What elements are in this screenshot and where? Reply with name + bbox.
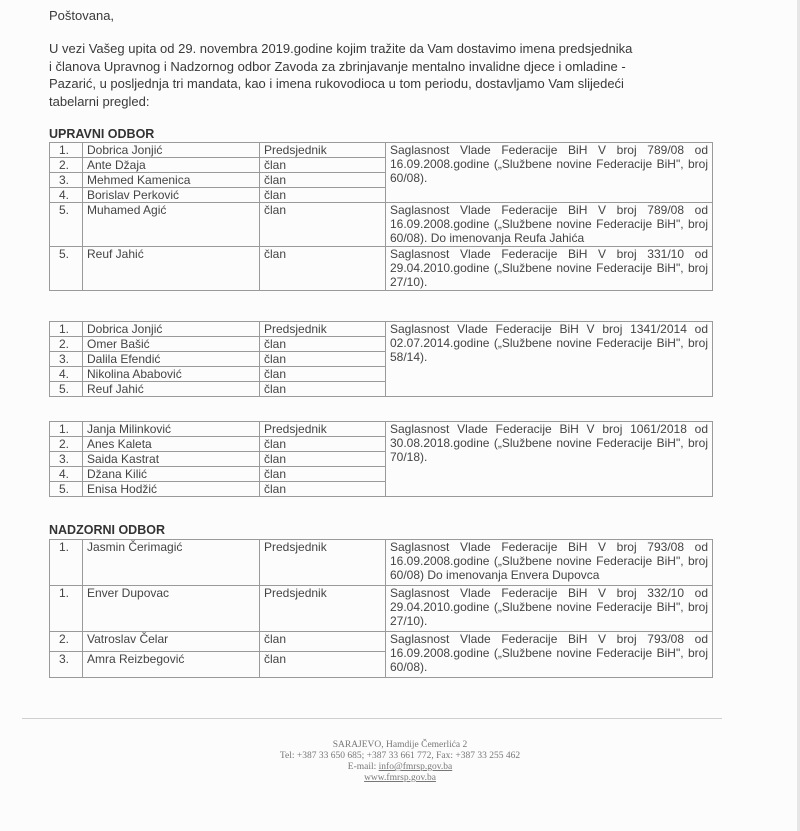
member-name: Omer Bašić [83,337,260,352]
footer-email-line: E-mail: info@fmrsp.gov.ba [0,762,800,773]
table-row: 2. Vatroslav Čelar član Saglasnost Vlade… [50,632,713,652]
member-name: Anes Kaleta [83,437,260,452]
document-page: Poštovana, U vezi Vašeg upita od 29. nov… [0,0,800,831]
member-role: član [260,247,386,291]
footer-website-line: www.fmrsp.gov.ba [0,773,800,784]
row-number: 4. [50,367,83,382]
member-role: član [260,367,386,382]
member-role: Predsjednik [260,422,386,437]
table-row: 1. Dobrica Jonjić Predsjednik Saglasnost… [50,322,713,337]
member-name: Dalila Efendić [83,352,260,367]
appointment-note: Saglasnost Vlade Federacije BiH V broj 1… [386,322,713,397]
member-name: Muhamed Agić [83,203,260,247]
row-number: 2. [50,632,83,652]
row-number: 4. [50,467,83,482]
upravni-odbor-mandate-2-table: 1. Dobrica Jonjić Predsjednik Saglasnost… [49,321,713,397]
row-number: 5. [50,203,83,247]
row-number: 1. [50,540,83,586]
member-role: Predsjednik [260,143,386,158]
row-number: 1. [50,322,83,337]
letterhead-footer: SARAJEVO, Hamdije Čemerlića 2 Tel: +387 … [0,740,800,784]
member-role: član [260,158,386,173]
nadzorni-odbor-table: 1. Jasmin Čerimagić Predsjednik Saglasno… [49,539,713,678]
salutation: Poštovana, [49,8,114,23]
website-link[interactable]: www.fmrsp.gov.ba [364,773,436,783]
member-role: član [260,173,386,188]
member-role: član [260,382,386,397]
member-name: Jasmin Čerimagić [83,540,260,586]
appointment-note: Saglasnost Vlade Federacije BiH V broj 7… [386,143,713,203]
row-number: 2. [50,437,83,452]
intro-paragraph: U vezi Vašeg upita od 29. novembra 2019.… [49,40,741,110]
row-number: 2. [50,158,83,173]
member-name: Enver Dupovac [83,586,260,632]
appointment-note: Saglasnost Vlade Federacije BiH V broj 3… [386,247,713,291]
member-role: član [260,632,386,652]
member-name: Dobrica Jonjić [83,143,260,158]
member-role: član [260,452,386,467]
row-number: 2. [50,337,83,352]
member-name: Nikolina Ababović [83,367,260,382]
table-row: 5. Muhamed Agić član Saglasnost Vlade Fe… [50,203,713,247]
member-role: član [260,188,386,203]
table-row: 1. Dobrica Jonjić Predsjednik Saglasnost… [50,143,713,158]
member-role: Predsjednik [260,540,386,586]
intro-line: i članova Upravnog i Nadzornog odbor Zav… [49,58,741,76]
appointment-note: Saglasnost Vlade Federacije BiH V broj 1… [386,422,713,497]
member-name: Džana Kilić [83,467,260,482]
member-name: Vatroslav Čelar [83,632,260,652]
member-role: član [260,352,386,367]
row-number: 5. [50,382,83,397]
table-row: 1. Jasmin Čerimagić Predsjednik Saglasno… [50,540,713,586]
row-number: 1. [50,422,83,437]
intro-line: Pazarić, u posljednja tri mandata, kao i… [49,75,741,93]
intro-line: tabelarni pregled: [49,93,741,111]
member-name: Saida Kastrat [83,452,260,467]
appointment-note: Saglasnost Vlade Federacije BiH V broj 7… [386,540,713,586]
table-row: 1. Enver Dupovac Predsjednik Saglasnost … [50,586,713,632]
member-role: član [260,203,386,247]
member-name: Dobrica Jonjić [83,322,260,337]
member-role: član [260,337,386,352]
table-row: 1. Janja Milinković Predsjednik Saglasno… [50,422,713,437]
member-name: Mehmed Kamenica [83,173,260,188]
appointment-note: Saglasnost Vlade Federacije BiH V broj 7… [386,632,713,678]
member-name: Amra Reizbegović [83,652,260,678]
appointment-note: Saglasnost Vlade Federacije BiH V broj 3… [386,586,713,632]
row-number: 5. [50,482,83,497]
row-number: 4. [50,188,83,203]
footer-divider [22,718,722,719]
member-role: član [260,467,386,482]
email-link[interactable]: info@fmrsp.gov.ba [379,762,453,772]
row-number: 3. [50,652,83,678]
member-role: Predsjednik [260,322,386,337]
member-role: član [260,652,386,678]
row-number: 3. [50,352,83,367]
row-number: 3. [50,452,83,467]
member-name: Ante Džaja [83,158,260,173]
email-label: E-mail: [348,762,379,772]
row-number: 1. [50,143,83,158]
footer-address: SARAJEVO, Hamdije Čemerlića 2 [0,740,800,751]
member-name: Borislav Perković [83,188,260,203]
member-name: Enisa Hodžić [83,482,260,497]
upravni-odbor-mandate-3-table: 1. Janja Milinković Predsjednik Saglasno… [49,421,713,497]
appointment-note: Saglasnost Vlade Federacije BiH V broj 7… [386,203,713,247]
row-number: 5. [50,247,83,291]
section-title-upravni-odbor: UPRAVNI ODBOR [49,127,154,141]
member-role: član [260,437,386,452]
row-number: 3. [50,173,83,188]
member-name: Janja Milinković [83,422,260,437]
member-name: Reuf Jahić [83,382,260,397]
member-role: član [260,482,386,497]
intro-line: U vezi Vašeg upita od 29. novembra 2019.… [49,40,741,58]
member-name: Reuf Jahić [83,247,260,291]
section-title-nadzorni-odbor: NADZORNI ODBOR [49,523,165,537]
row-number: 1. [50,586,83,632]
member-role: Predsjednik [260,586,386,632]
upravni-odbor-mandate-1-table: 1. Dobrica Jonjić Predsjednik Saglasnost… [49,142,713,291]
footer-phones: Tel: +387 33 650 685; +387 33 661 772, F… [0,751,800,762]
table-row: 5. Reuf Jahić član Saglasnost Vlade Fede… [50,247,713,291]
